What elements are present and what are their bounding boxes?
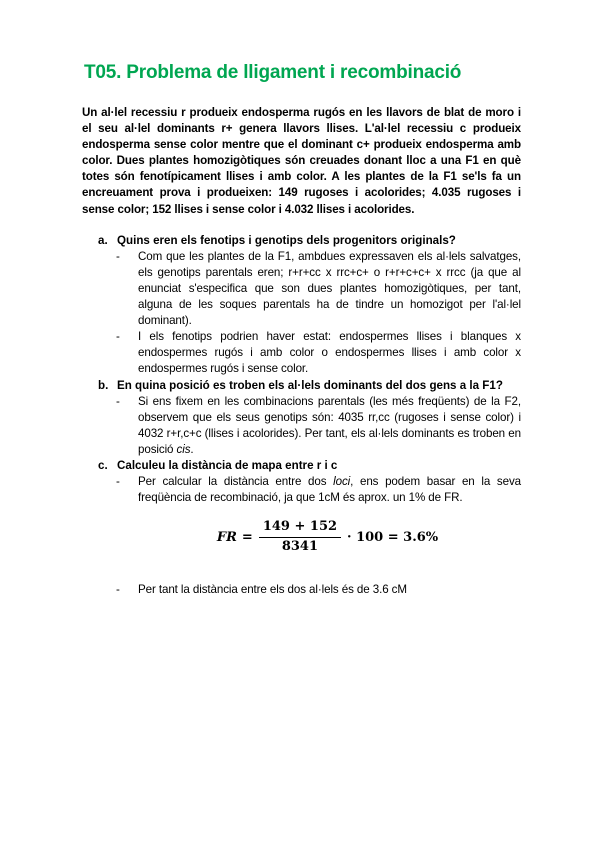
fraction-numerator: 149 + 152 (259, 520, 341, 538)
question-c-heading: c. Calculeu la distància de mapa entre r… (98, 458, 521, 474)
question-a-heading: a. Quins eren els fenotips i genotips de… (98, 233, 521, 249)
formula-fraction: 149 + 152 8341 (259, 520, 341, 555)
question-a-bullet-2: - I els fenotips podrien haver estat: en… (116, 329, 521, 377)
document-page: T05. Problema de lligament i recombinaci… (0, 0, 599, 848)
question-c-conclusion-bullet: - Per tant la distància entre els dos al… (116, 582, 521, 598)
question-b: b. En quina posició es troben els al·lel… (82, 378, 521, 458)
bullet-dash: - (116, 249, 138, 329)
bullet-dash: - (116, 394, 138, 458)
formula-lhs: FR (217, 530, 237, 546)
formula-result: · 100 = 3.6% (347, 530, 438, 546)
bullet-text: I els fenotips podrien haver estat: endo… (138, 329, 521, 377)
question-a-bullet-1: - Com que les plantes de la F1, ambdues … (116, 249, 521, 329)
bullet-text: Si ens fixem en les combinacions parenta… (138, 394, 521, 458)
question-c-label: c. (98, 458, 117, 474)
question-a-heading-text: Quins eren els fenotips i genotips dels … (117, 233, 456, 249)
question-b-heading-text: En quina posició es troben els al·lels d… (117, 378, 503, 394)
fraction-denominator: 8341 (282, 538, 318, 555)
question-b-bullet-1: - Si ens fixem en les combinacions paren… (116, 394, 521, 458)
question-b-label: b. (98, 378, 117, 394)
question-a: a. Quins eren els fenotips i genotips de… (82, 233, 521, 378)
italic-term-cis: cis (177, 443, 191, 456)
bullet-text: Per calcular la distància entre dos loci… (138, 474, 521, 506)
bullet-dash: - (116, 582, 138, 598)
question-a-label: a. (98, 233, 117, 249)
bullet-dash: - (116, 329, 138, 377)
italic-term-loci: loci (333, 475, 350, 488)
bullet-text: Com que les plantes de la F1, ambdues ex… (138, 249, 521, 329)
question-c-bullet-1: - Per calcular la distància entre dos lo… (116, 474, 521, 506)
bullet-text-segment: . (190, 443, 193, 456)
question-b-heading: b. En quina posició es troben els al·lel… (98, 378, 521, 394)
formula-equals: = (242, 530, 253, 546)
bullet-dash: - (116, 474, 138, 506)
question-c-heading-text: Calculeu la distància de mapa entre r i … (117, 458, 337, 474)
intro-paragraph: Un al·lel recessiu r produeix endosperma… (82, 105, 521, 218)
bullet-text-segment: Per calcular la distància entre dos (138, 475, 333, 488)
page-title: T05. Problema de lligament i recombinaci… (84, 62, 521, 84)
bullet-text-segment: Si ens fixem en les combinacions parenta… (138, 395, 521, 456)
question-c: c. Calculeu la distància de mapa entre r… (82, 458, 521, 598)
recombination-frequency-formula: FR = 149 + 152 8341 · 100 = 3.6% (82, 520, 521, 555)
conclusion-text: Per tant la distància entre els dos al·l… (138, 582, 521, 598)
